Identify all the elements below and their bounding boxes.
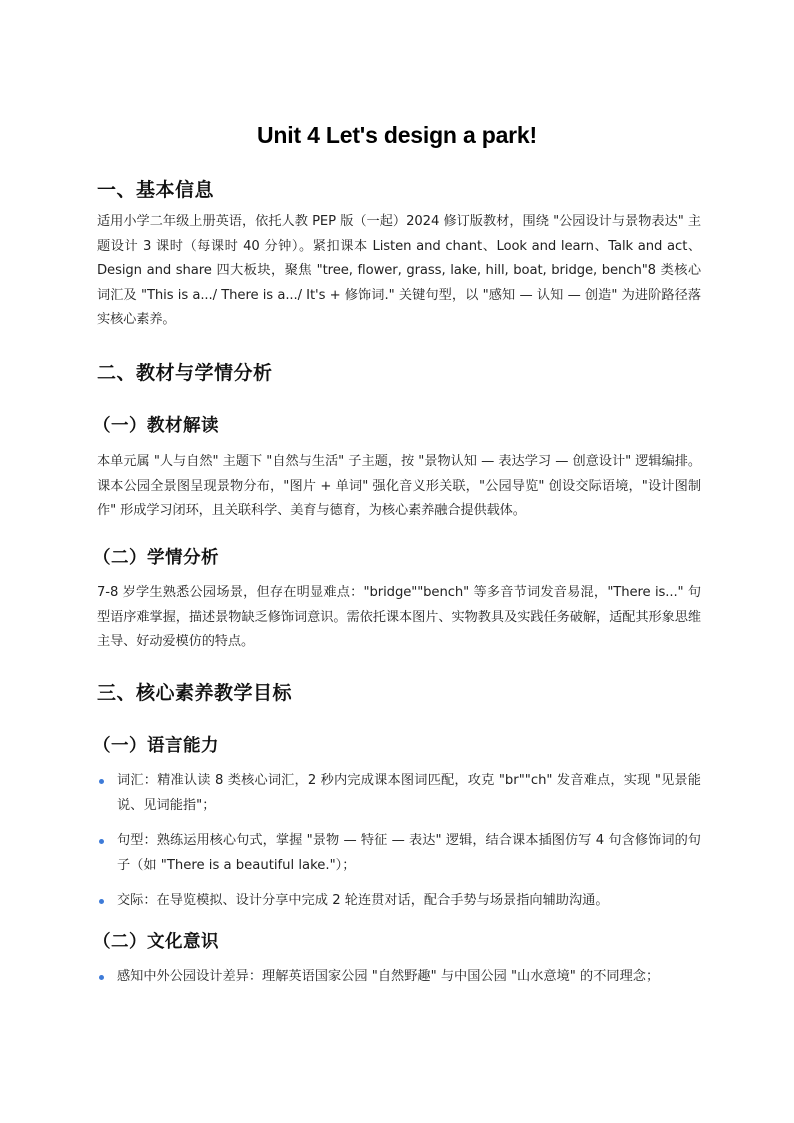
bullet-icon xyxy=(99,975,104,980)
section-heading-basic-info: 一、基本信息 xyxy=(97,175,214,202)
student-paragraph: 7-8 岁学生熟悉公园场景，但存在明显难点："bridge""bench" 等多… xyxy=(97,581,701,655)
subsection-heading-textbook: （一）教材解读 xyxy=(93,412,219,437)
list-item: 交际：在导览模拟、设计分享中完成 2 轮连贯对话，配合手势与场景指向辅助沟通。 xyxy=(97,889,701,914)
subsection-heading-student: （二）学情分析 xyxy=(93,544,219,569)
section-heading-goals: 三、核心素养教学目标 xyxy=(97,678,292,705)
bullet-icon xyxy=(99,779,104,784)
textbook-paragraph: 本单元属 "人与自然" 主题下 "自然与生活" 子主题，按 "景物认知 — 表达… xyxy=(97,450,701,524)
bullet-icon xyxy=(99,839,104,844)
document-title: Unit 4 Let's design a park! xyxy=(97,122,697,149)
bullet-icon xyxy=(99,899,104,904)
subsection-heading-language: （一）语言能力 xyxy=(93,732,219,757)
basic-info-paragraph: 适用小学二年级上册英语，依托人教 PEP 版（一起）2024 修订版教材，围绕 … xyxy=(97,210,701,333)
language-goals-list: 词汇：精准认读 8 类核心词汇，2 秒内完成课本图词匹配，攻克 "br""ch"… xyxy=(97,769,701,925)
list-item: 词汇：精准认读 8 类核心词汇，2 秒内完成课本图词匹配，攻克 "br""ch"… xyxy=(97,769,701,818)
culture-goals-list: 感知中外公园设计差异：理解英语国家公园 "自然野趣" 与中国公园 "山水意境" … xyxy=(97,965,701,1001)
list-item: 句型：熟练运用核心句式，掌握 "景物 — 特征 — 表达" 逻辑，结合课本插图仿… xyxy=(97,829,701,878)
section-heading-analysis: 二、教材与学情分析 xyxy=(97,358,273,385)
list-item: 感知中外公园设计差异：理解英语国家公园 "自然野趣" 与中国公园 "山水意境" … xyxy=(97,965,701,990)
subsection-heading-culture: （二）文化意识 xyxy=(93,928,219,953)
